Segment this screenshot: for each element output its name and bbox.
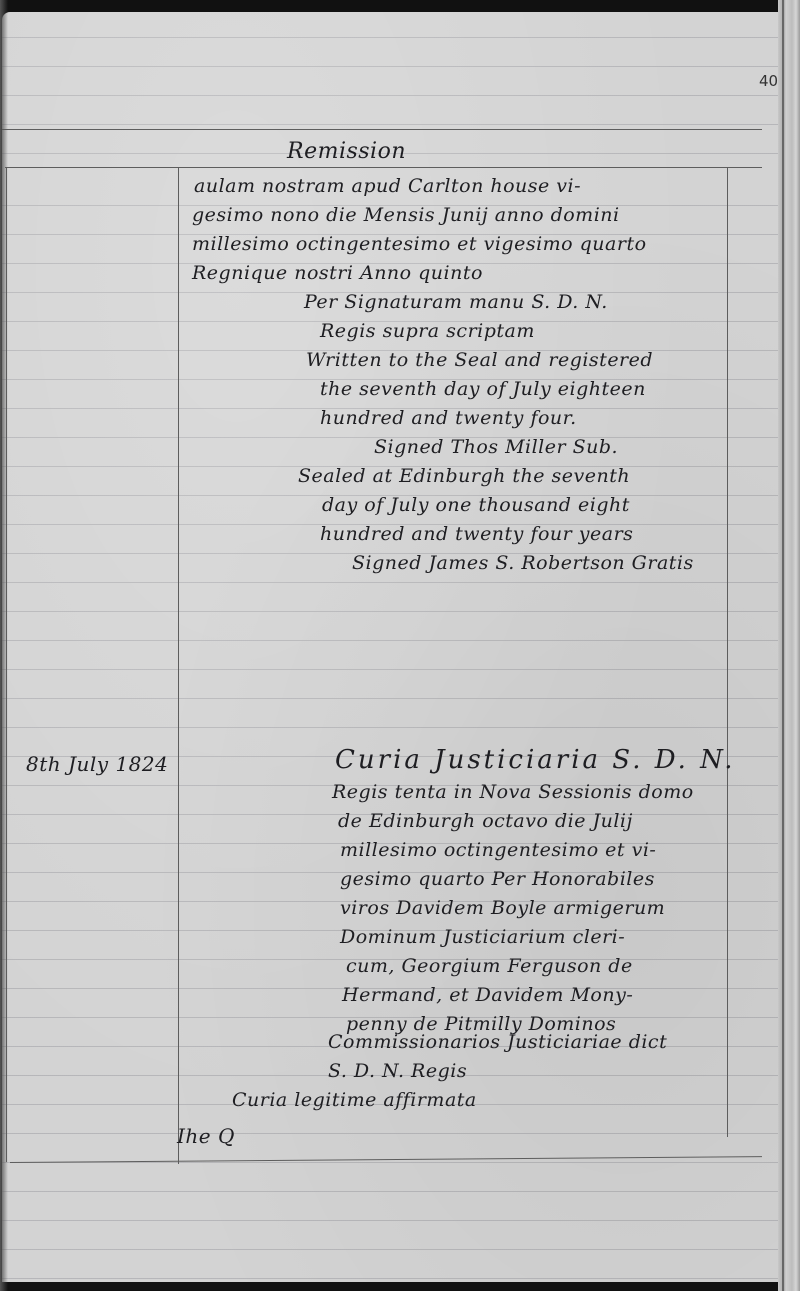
heading-top-rule (2, 129, 762, 130)
binding-shadow (0, 0, 8, 1291)
page-stack-edge (778, 0, 800, 1291)
text-line: Dominum Justiciarium cleri- (340, 923, 625, 952)
text-line: de Edinburgh octavo die Julij (338, 807, 633, 836)
signature-line: Written to the Seal and registered (306, 346, 653, 375)
text-line: Regnique nostri Anno quinto (192, 259, 483, 288)
signature-line: Per Signaturam manu S. D. N. (304, 288, 608, 317)
section-heading: Remission (287, 139, 406, 164)
signature-line: day of July one thousand eight (322, 491, 630, 520)
text-line: S. D. N. Regis (328, 1057, 467, 1086)
text-line: aulam nostram apud Carlton house vi- (194, 172, 581, 201)
manuscript-scan: 406 Remission aulam nostram apud Carlton… (0, 0, 800, 1291)
text-line: viros Davidem Boyle armigerum (340, 894, 665, 923)
signature-line: Signed Thos Miller Sub. (374, 433, 618, 462)
ledger-page: 406 Remission aulam nostram apud Carlton… (2, 12, 782, 1282)
signature-line: Signed James S. Robertson Gratis (352, 549, 694, 578)
entry-title: Curia Justiciaria S. D. N. (335, 746, 736, 775)
text-line: gesimo nono die Mensis Junij anno domini (192, 201, 620, 230)
date-column-divider (178, 167, 179, 1164)
text-line: Regis tenta in Nova Sessionis domo (332, 778, 694, 807)
text-line: gesimo quarto Per Honorabiles (340, 865, 655, 894)
text-line: Commissionarios Justiciariae dict (328, 1028, 667, 1057)
signature-line: hundred and twenty four. (320, 404, 577, 433)
clerk-initials: Ihe Q (177, 1124, 235, 1148)
text-line: millesimo octingentesimo et vi- (340, 836, 656, 865)
entry-date: 8th July 1824 (26, 752, 168, 776)
text-line: millesimo octingentesimo et vigesimo qua… (192, 230, 647, 259)
signature-line: Regis supra scriptam (320, 317, 535, 346)
closing-formula: Curia legitime affirmata (232, 1086, 477, 1115)
right-margin-line (727, 167, 728, 1137)
heading-bottom-rule (5, 167, 762, 168)
signature-line: hundred and twenty four years (320, 520, 633, 549)
table-bottom-rule (10, 1156, 762, 1163)
signature-line: Sealed at Edinburgh the seventh (298, 462, 630, 491)
text-line: Hermand, et Davidem Mony- (342, 981, 633, 1010)
signature-line: the seventh day of July eighteen (320, 375, 646, 404)
text-line: cum, Georgium Ferguson de (346, 952, 633, 981)
